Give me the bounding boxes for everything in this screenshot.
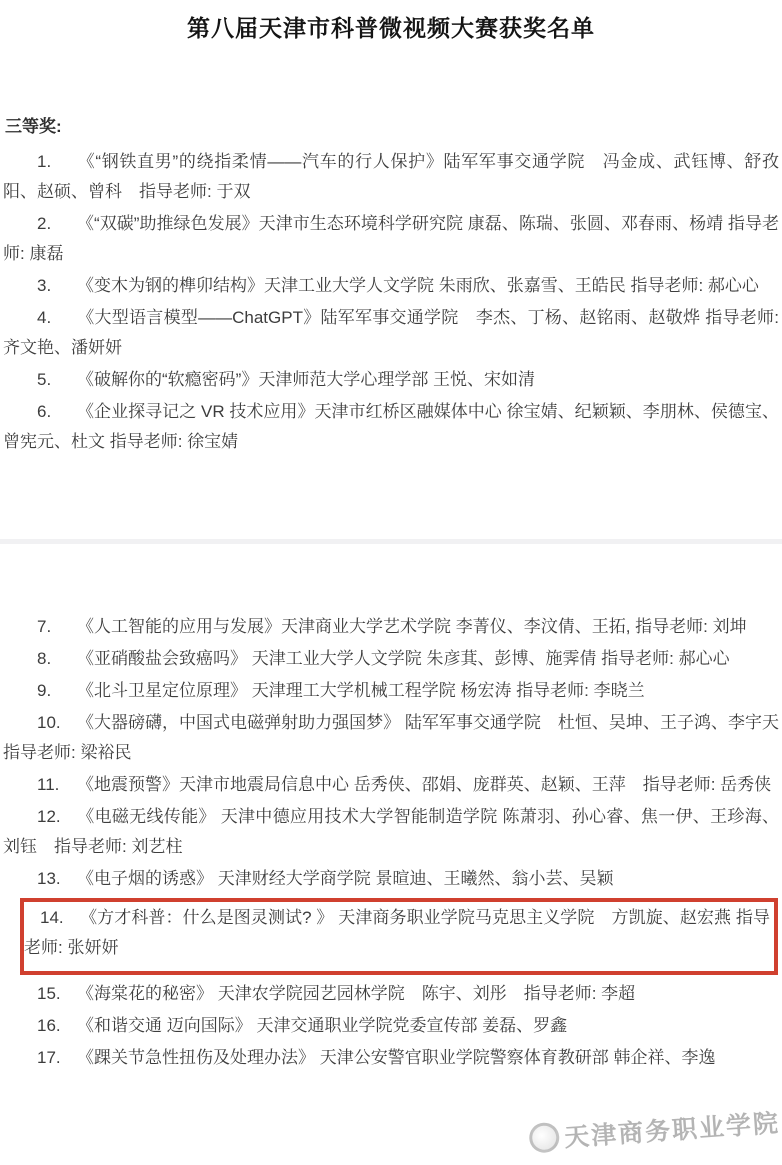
award-entry-4: 4.《大型语言模型——ChatGPT》陆军军事交通学院 李杰、丁杨、赵铭雨、赵敬… (3, 303, 779, 363)
entry-text: 《亚硝酸盐会致癌吗》 天津工业大学人文学院 朱彦萁、彭博、施霁倩 指导老师: 郝… (77, 649, 730, 668)
entry-text: 《“钢铁直男”的绕指柔情——汽车的行人保护》陆军军事交通学院 冯金成、武钰博、舒… (3, 152, 779, 201)
award-entry-11: 11.《地震预警》天津市地震局信息中心 岳秀侠、邵娟、庞群英、赵颖、王萍 指导老… (3, 770, 779, 800)
entry-text: 《人工智能的应用与发展》天津商业大学艺术学院 李菁仪、李汶倩、王拓, 指导老师:… (77, 617, 747, 636)
entry-text: 《“双碳”助推绿色发展》天津市生态环境科学研究院 康磊、陈瑞、张圆、邓春雨、杨靖… (3, 214, 779, 263)
award-entry-3: 3.《变木为钢的榫卯结构》天津工业大学人文学院 朱雨欣、张嘉雪、王皓民 指导老师… (3, 271, 779, 301)
entry-number: 14. (40, 903, 80, 933)
page-title: 第八届天津市科普微视频大赛获奖名单 (33, 14, 749, 44)
page-gap (3, 544, 779, 610)
award-entry-16: 16.《和谐交通 迈向国际》 天津交通职业学院党委宣传部 姜磊、罗鑫 (3, 1011, 779, 1041)
award-entry-17: 17.《踝关节急性扭伤及处理办法》 天津公安警官职业学院警察体育教研部 韩企祥、… (3, 1043, 779, 1073)
entry-number: 7. (37, 612, 77, 642)
page-gap (3, 459, 779, 539)
entry-number: 12. (37, 802, 77, 832)
entry-number: 3. (37, 271, 77, 301)
entry-number: 4. (37, 303, 77, 333)
entry-text: 《北斗卫星定位原理》 天津理工大学机械工程学院 杨宏涛 指导老师: 李晓兰 (77, 681, 645, 700)
award-entry-2: 2.《“双碳”助推绿色发展》天津市生态环境科学研究院 康磊、陈瑞、张圆、邓春雨、… (3, 209, 779, 269)
entry-text: 《变木为钢的榫卯结构》天津工业大学人文学院 朱雨欣、张嘉雪、王皓民 指导老师: … (77, 276, 759, 295)
award-entry-6: 6.《企业探寻记之 VR 技术应用》天津市红桥区融媒体中心 徐宝婧、纪颖颖、李朋… (3, 397, 779, 457)
award-entry-10: 10.《大器磅礴，中国式电磁弹射助力强国梦》 陆军军事交通学院 杜恒、吴坤、王子… (3, 708, 779, 768)
watermark: 天津商务职业学院 (528, 1103, 781, 1156)
entry-text: 《地震预警》天津市地震局信息中心 岳秀侠、邵娟、庞群英、赵颖、王萍 指导老师: … (77, 775, 771, 794)
entry-text: 《踝关节急性扭伤及处理办法》 天津公安警官职业学院警察体育教研部 韩企祥、李逸 (77, 1048, 715, 1067)
entry-number: 10. (37, 708, 77, 738)
award-entry-8: 8.《亚硝酸盐会致癌吗》 天津工业大学人文学院 朱彦萁、彭博、施霁倩 指导老师:… (3, 644, 779, 674)
award-entry-13: 13.《电子烟的诱惑》 天津财经大学商学院 景暄迪、王曦然、翁小芸、吴颖 (3, 864, 779, 894)
entry-number: 11. (37, 770, 77, 800)
entry-text: 《大型语言模型——ChatGPT》陆军军事交通学院 李杰、丁杨、赵铭雨、赵敬烨 … (3, 308, 779, 357)
entry-number: 6. (37, 397, 77, 427)
award-entry-7: 7.《人工智能的应用与发展》天津商业大学艺术学院 李菁仪、李汶倩、王拓, 指导老… (3, 612, 779, 642)
award-entry-9: 9.《北斗卫星定位原理》 天津理工大学机械工程学院 杨宏涛 指导老师: 李晓兰 (3, 676, 779, 706)
entry-number: 9. (37, 676, 77, 706)
entry-text: 《电磁无线传能》 天津中德应用技术大学智能制造学院 陈萧羽、孙心睿、焦一伊、王珍… (3, 807, 779, 856)
entry-text: 《海棠花的秘密》 天津农学院园艺园林学院 陈宇、刘彤 指导老师: 李超 (77, 984, 635, 1003)
entry-number: 15. (37, 979, 77, 1009)
award-list: 1.《“钢铁直男”的绕指柔情——汽车的行人保护》陆军军事交通学院 冯金成、武钰博… (3, 147, 779, 1073)
watermark-text: 天津商务职业学院 (563, 1103, 781, 1154)
highlight-box-entry-14: 14.《方才科普：什么是图灵测试? 》 天津商务职业学院马克思主义学院 方凯旋、… (20, 898, 778, 975)
section-label-third-prize: 三等奖: (5, 112, 779, 137)
entry-text: 《大器磅礴，中国式电磁弹射助力强国梦》 陆军军事交通学院 杜恒、吴坤、王子鸿、李… (3, 713, 782, 762)
entry-number: 1. (37, 147, 77, 177)
entry-number: 8. (37, 644, 77, 674)
award-entry-14: 14.《方才科普：什么是图灵测试? 》 天津商务职业学院马克思主义学院 方凯旋、… (24, 903, 770, 963)
document-page: 第八届天津市科普微视频大赛获奖名单 三等奖: 1.《“钢铁直男”的绕指柔情——汽… (0, 14, 782, 1073)
entry-number: 17. (37, 1043, 77, 1073)
award-entry-15: 15.《海棠花的秘密》 天津农学院园艺园林学院 陈宇、刘彤 指导老师: 李超 (3, 979, 779, 1009)
entry-number: 16. (37, 1011, 77, 1041)
award-entry-1: 1.《“钢铁直男”的绕指柔情——汽车的行人保护》陆军军事交通学院 冯金成、武钰博… (3, 147, 779, 207)
entry-number: 13. (37, 864, 77, 894)
entry-text: 《方才科普：什么是图灵测试? 》 天津商务职业学院马克思主义学院 方凯旋、赵宏燕… (24, 908, 770, 957)
award-entry-5: 5.《破解你的“软瘾密码”》天津师范大学心理学部 王悦、宋如清 (3, 365, 779, 395)
entry-text: 《破解你的“软瘾密码”》天津师范大学心理学部 王悦、宋如清 (77, 370, 535, 389)
entry-text: 《企业探寻记之 VR 技术应用》天津市红桥区融媒体中心 徐宝婧、纪颖颖、李朋林、… (3, 402, 779, 451)
watermark-logo-icon (528, 1122, 560, 1154)
entry-text: 《电子烟的诱惑》 天津财经大学商学院 景暄迪、王曦然、翁小芸、吴颖 (77, 869, 613, 888)
entry-text: 《和谐交通 迈向国际》 天津交通职业学院党委宣传部 姜磊、罗鑫 (77, 1016, 567, 1035)
entry-number: 5. (37, 365, 77, 395)
award-entry-12: 12.《电磁无线传能》 天津中德应用技术大学智能制造学院 陈萧羽、孙心睿、焦一伊… (3, 802, 779, 862)
entry-number: 2. (37, 209, 77, 239)
